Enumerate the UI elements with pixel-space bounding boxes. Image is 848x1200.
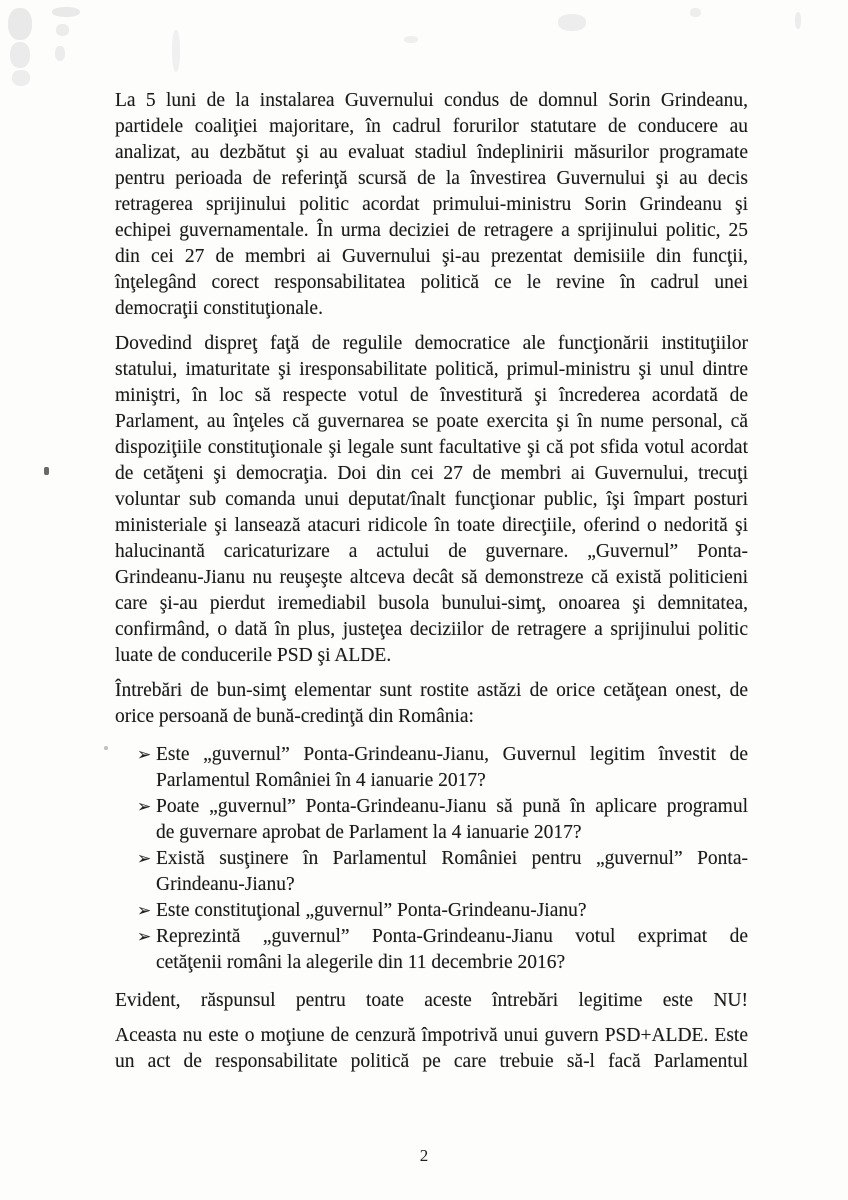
text-line: retragerea sprijinului politic acordat p…: [115, 192, 748, 218]
text-line: din cei 27 de membri ai Guvernului şi-au…: [115, 244, 748, 270]
list-item-text: Este „guvernul” Ponta-Grindeanu-Jianu, G…: [156, 742, 748, 794]
document-body: La 5 luni de la instalarea Guvernului co…: [115, 88, 748, 1075]
text-line: înţelegând corect responsabilitatea poli…: [115, 270, 748, 296]
text-line: Aceasta nu este o moţiune de cenzură împ…: [115, 1023, 748, 1049]
text-line: Reprezintă „guvernul” Ponta-Grindeanu-Ji…: [156, 924, 748, 950]
scan-artifact: [795, 12, 801, 29]
scan-artifact: [10, 42, 30, 68]
text-line: Parlamentul României în 4 ianuarie 2017?: [156, 768, 748, 794]
arrow-bullet-icon: ➢: [115, 924, 156, 950]
text-line: analizat, au dezbătut şi au evaluat stad…: [115, 140, 748, 166]
list-item: ➢ Există susţinere în Parlamentul Români…: [115, 846, 748, 898]
text-line: La 5 luni de la instalarea Guvernului co…: [115, 88, 748, 114]
paragraph-2: Dovedind dispreţ faţă de regulile democr…: [115, 331, 748, 669]
text-line: pentru perioada de referinţă scursă de l…: [115, 166, 748, 192]
text-line: cetăţenii români la alegerile din 11 dec…: [156, 950, 748, 976]
text-line: luate de conducerile PSD şi ALDE.: [115, 643, 748, 669]
text-line: Grindeanu-Jianu nu reuşeşte altceva decâ…: [115, 565, 748, 591]
text-line: Întrebări de bun-simţ elementar sunt ros…: [115, 678, 748, 704]
scan-artifact: [104, 746, 108, 750]
list-item-text: Poate „guvernul” Ponta-Grindeanu-Jianu s…: [156, 794, 748, 846]
scan-artifact: [690, 8, 701, 17]
paragraph-5: Aceasta nu este o moţiune de cenzură împ…: [115, 1023, 748, 1075]
list-item-text: Există susţinere în Parlamentul României…: [156, 846, 748, 898]
scan-artifact: [55, 46, 65, 61]
text-line: halucinantă caricaturizare a actului de …: [115, 539, 748, 565]
text-line: miniştri, în loc să respecte votul de în…: [115, 383, 748, 409]
arrow-bullet-icon: ➢: [115, 794, 156, 820]
list-item-text: Reprezintă „guvernul” Ponta-Grindeanu-Ji…: [156, 924, 748, 976]
list-item: ➢ Reprezintă „guvernul” Ponta-Grindeanu-…: [115, 924, 748, 976]
list-item: ➢ Este constituţional „guvernul” Ponta-G…: [115, 898, 748, 924]
scan-artifact: [172, 30, 180, 72]
text-line: partidele coaliţiei majoritare, în cadru…: [115, 114, 748, 140]
text-line: Este „guvernul” Ponta-Grindeanu-Jianu, G…: [156, 742, 748, 768]
scan-artifact: [56, 24, 69, 36]
arrow-bullet-icon: ➢: [115, 742, 156, 768]
list-item: ➢ Poate „guvernul” Ponta-Grindeanu-Jianu…: [115, 794, 748, 846]
list-item: ➢ Este „guvernul” Ponta-Grindeanu-Jianu,…: [115, 742, 748, 794]
text-line: confirmând, o dată în plus, justeţea dec…: [115, 617, 748, 643]
scan-artifact: [44, 467, 49, 475]
text-line: Dovedind dispreţ faţă de regulile democr…: [115, 331, 748, 357]
document-page: La 5 luni de la instalarea Guvernului co…: [0, 0, 848, 1200]
text-line: ministeriale şi lansează atacuri ridicol…: [115, 513, 748, 539]
text-line: Grindeanu-Jianu?: [156, 872, 748, 898]
scan-artifact: [558, 14, 586, 31]
scan-artifact: [12, 70, 30, 86]
paragraph-4: Evident, răspunsul pentru toate aceste î…: [115, 988, 748, 1014]
arrow-bullet-icon: ➢: [115, 846, 156, 872]
arrow-bullet-icon: ➢: [115, 898, 156, 924]
text-line: voluntar sub comanda unui deputat/înalt …: [115, 487, 748, 513]
text-line: dispoziţiile constituţionale şi legale s…: [115, 435, 748, 461]
question-list: ➢ Este „guvernul” Ponta-Grindeanu-Jianu,…: [115, 742, 748, 976]
text-line: Există susţinere în Parlamentul României…: [156, 846, 748, 872]
text-line: Poate „guvernul” Ponta-Grindeanu-Jianu s…: [156, 794, 748, 820]
page-number: 2: [0, 1146, 848, 1166]
text-line: echipei guvernamentale. În urma deciziei…: [115, 218, 748, 244]
text-line: un act de responsabilitate politică pe c…: [115, 1049, 748, 1075]
text-line: care şi-au pierdut iremediabil busola bu…: [115, 591, 748, 617]
text-line: de cetăţeni şi democraţia. Doi din cei 2…: [115, 461, 748, 487]
text-line: de guvernare aprobat de Parlament la 4 i…: [156, 820, 748, 846]
list-item-text: Este constituţional „guvernul” Ponta-Gri…: [156, 898, 748, 924]
text-line: statului, imaturitate şi iresponsabilita…: [115, 357, 748, 383]
text-line: democraţii constituţionale.: [115, 296, 748, 322]
text-line: Parlament, au înţeles că guvernarea se p…: [115, 409, 748, 435]
text-line: Este constituţional „guvernul” Ponta-Gri…: [156, 898, 748, 924]
text-line: orice persoană de bună-credinţă din Româ…: [115, 704, 748, 730]
paragraph-3: Întrebări de bun-simţ elementar sunt ros…: [115, 678, 748, 730]
text-line: Evident, răspunsul pentru toate aceste î…: [115, 988, 748, 1014]
scan-artifact: [52, 7, 80, 17]
paragraph-1: La 5 luni de la instalarea Guvernului co…: [115, 88, 748, 322]
scan-artifact: [8, 8, 32, 40]
scan-artifact: [404, 36, 418, 43]
